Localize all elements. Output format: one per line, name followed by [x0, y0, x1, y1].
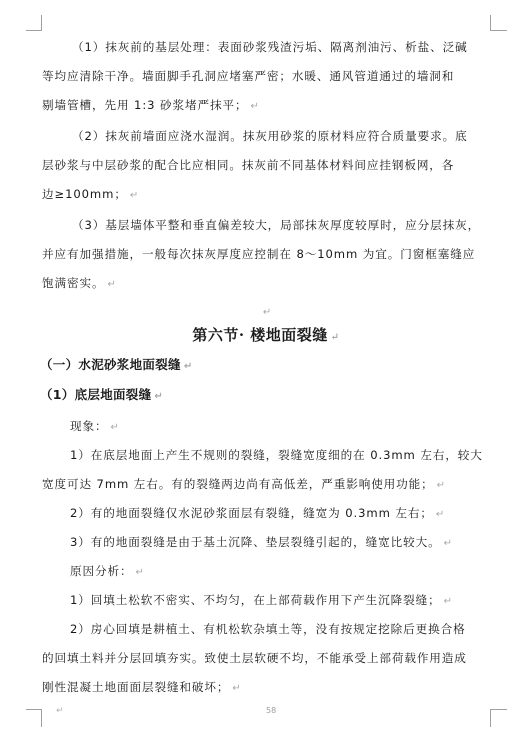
paragraph-mark-icon: ↵	[437, 480, 446, 491]
paragraph-3-line-1: （3）基层墙体平整和垂直偏差较大，局部抹灰厚度较厚时，应分层抹灰，	[72, 217, 480, 233]
cause-label: 原因分析：↵	[70, 563, 145, 581]
cause-item-1: 1）回填土松软不密实、不均匀，在上部荷载作用下产生沉降裂缝；↵	[70, 592, 453, 610]
phenomenon-item-3: 3）有的地面裂缝是由于基土沉降、垫层裂缝引起的，缝宽比较大。↵	[70, 534, 453, 552]
crop-mark-top-left	[26, 15, 42, 31]
phenomenon-item-1-line-1: 1）在底层地面上产生不规则的裂缝，裂缝宽度细的在 0.3mm 左右，较大	[70, 447, 483, 463]
paragraph-2-line-3: 边≥100mm；↵	[42, 186, 139, 204]
page-number: 58	[266, 706, 276, 715]
paragraph-mark-icon: ↵	[250, 101, 259, 112]
phenomenon-item-2: 2）有的地面裂缝仅水泥砂浆面层有裂缝，缝宽为 0.3mm 左右；↵	[70, 505, 445, 523]
paragraph-mark-icon: ↵	[184, 361, 193, 372]
paragraph-mark-icon: ↵	[154, 391, 163, 402]
phenomenon-label: 现象：↵	[70, 418, 120, 436]
cause-item-2-line-3: 刚性混凝土地面面层裂缝和破坏；↵	[42, 679, 242, 697]
paragraph-1-line-1: （1）抹灰前的基层处理：表面砂浆残渣污垢、隔离剂油污、析盐、泛碱	[72, 39, 468, 55]
empty-paragraph: ↵	[42, 303, 490, 321]
paragraph-3-line-2: 并应有加强措施，一般每次抹灰厚度应控制在 8～10mm 为宜。门窗框塞缝应	[42, 246, 475, 262]
paragraph-mark-icon: ↵	[444, 596, 453, 607]
paragraph-mark-icon: ↵	[444, 538, 453, 549]
paragraph-mark-icon: ↵	[135, 567, 144, 578]
subsection-title: （一）水泥砂浆地面裂缝↵	[40, 357, 193, 375]
paragraph-3-line-3: 饱满密实。↵	[42, 275, 117, 293]
paragraph-mark-icon: ↵	[263, 307, 272, 318]
paragraph-mark-icon: ↵	[232, 683, 241, 694]
crop-mark-bottom-left	[26, 709, 42, 727]
paragraph-mark-icon: ↵	[110, 422, 119, 433]
phenomenon-item-1-line-2: 宽度可达 7mm 左右。有的裂缝两边尚有高低差，严重影响使用功能；↵	[42, 476, 446, 494]
crop-mark-bottom-right	[490, 709, 507, 727]
paragraph-mark-icon: ↵	[436, 509, 445, 520]
section-title: 第六节· 楼地面裂缝↵	[42, 327, 490, 346]
paragraph-mark-icon: ↵	[331, 332, 340, 343]
cause-item-2-line-2: 的回填土料并分层回填夯实。致使土层软硬不均，不能承受上部荷载作用造成	[42, 650, 467, 666]
subsubsection-title: （1）底层地面裂缝↵	[40, 387, 163, 405]
paragraph-mark-icon: ↵	[107, 279, 116, 290]
paragraph-2-line-1: （2）抹灰前墙面应浇水湿润。抹灰用砂浆的原材料应符合质量要求。底	[72, 128, 468, 144]
cause-item-2-line-1: 2）房心回填是耕植土、有机松软杂填土等，没有按规定挖除后更换合格	[70, 621, 466, 637]
crop-mark-top-right	[490, 15, 507, 31]
paragraph-1-line-3: 剔墙管槽，先用 1:3 砂浆堵严抹平；↵	[42, 97, 260, 115]
paragraph-mark-icon: ↵	[130, 190, 139, 201]
paragraph-1-line-2: 等均应清除干净。墙面脚手孔洞应堵塞严密；水暖、通风管道通过的墙洞和	[42, 68, 454, 84]
paragraph-2-line-2: 层砂浆与中层砂浆的配合比应相同。抹灰前不同基体材料间应挂钢板网，各	[42, 157, 454, 173]
footer-paragraph-mark-icon: ↵	[56, 706, 64, 716]
